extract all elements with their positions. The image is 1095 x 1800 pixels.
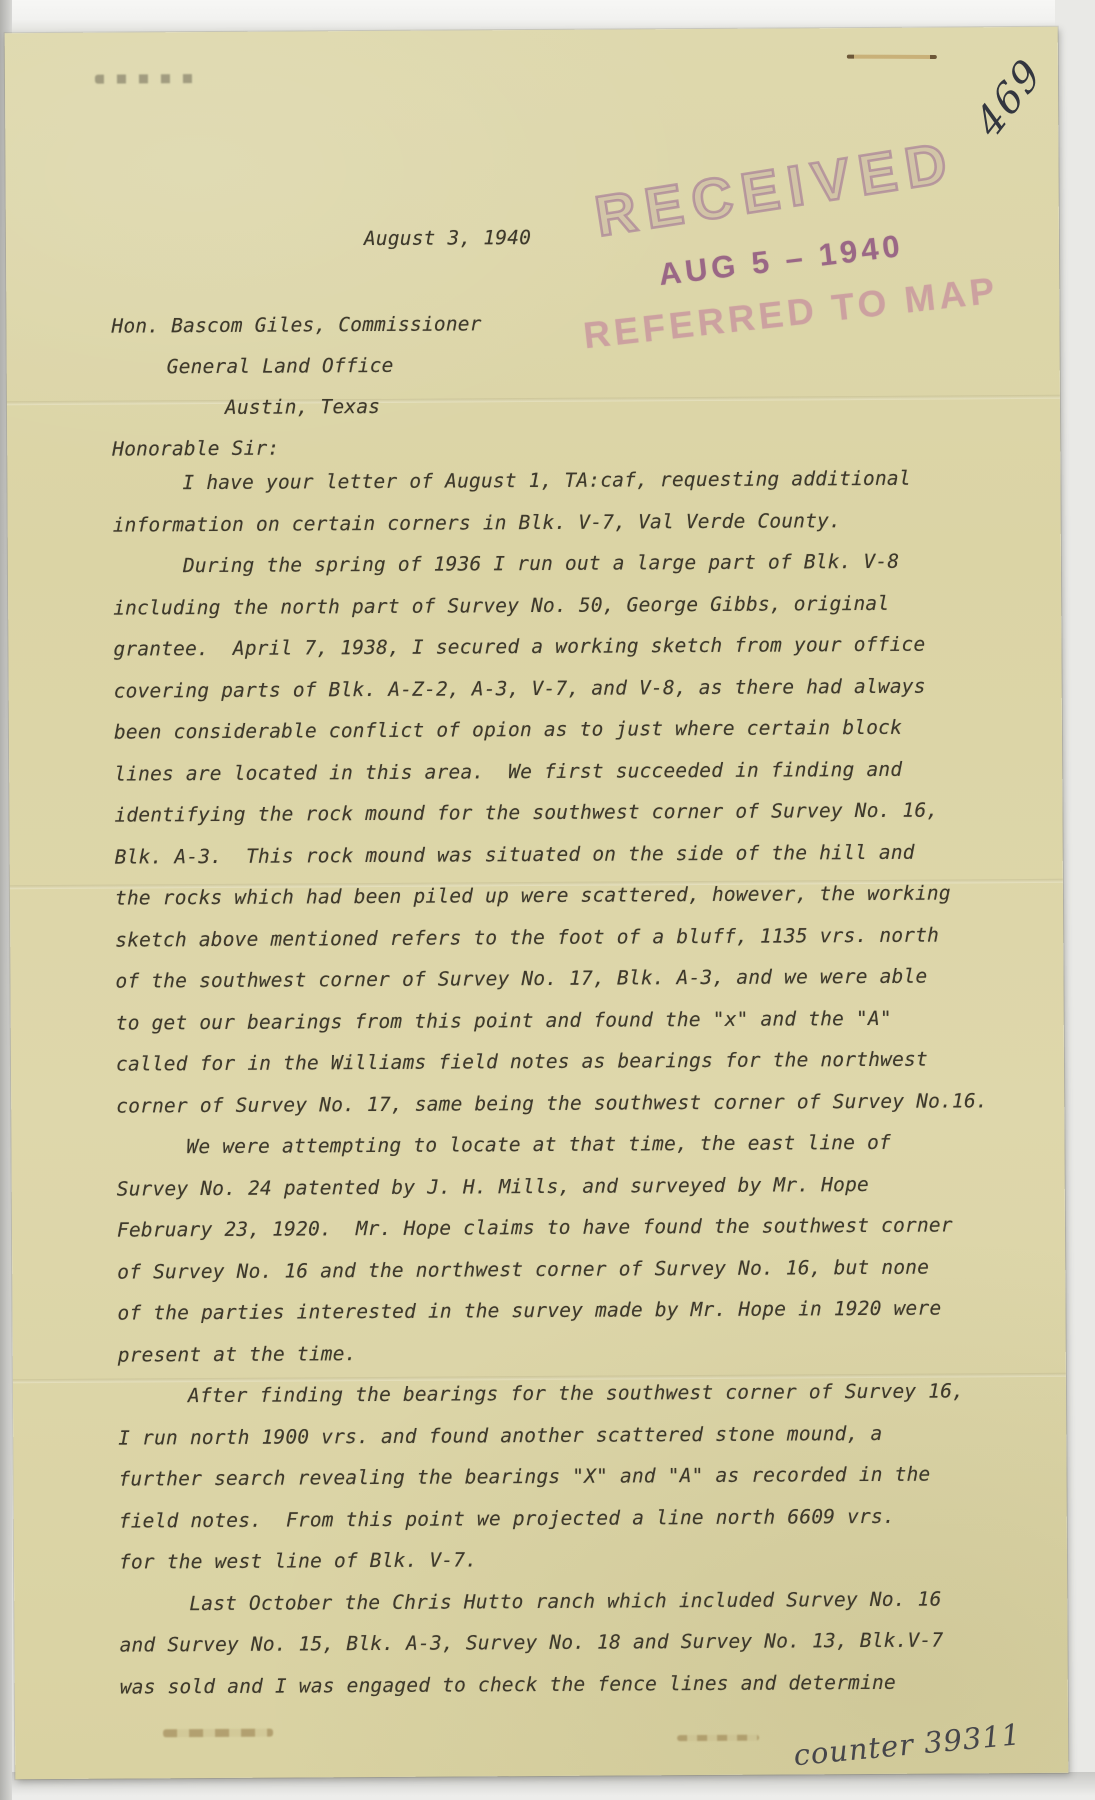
letter-line: Blk. A-3. This rock mound was situated o… <box>115 831 1025 878</box>
letter-line: called for in the Williams field notes a… <box>116 1038 1026 1085</box>
letter-line: grantee. April 7, 1938, I secured a work… <box>113 623 1023 670</box>
recipient-line: General Land Office <box>167 354 394 378</box>
letter-body: I have your letter of August 1, TA:caf, … <box>112 457 1030 1708</box>
fold-crease <box>7 395 1060 405</box>
letter-line: of Survey No. 16 and the northwest corne… <box>117 1246 1027 1293</box>
letter-line: been considerable conflict of opion as t… <box>114 706 1024 753</box>
letter-line: lines are located in this area. We first… <box>114 748 1024 795</box>
letter-line: the rocks which had been piled up were s… <box>115 872 1025 919</box>
letter-line: information on certain corners in Blk. V… <box>113 499 1023 546</box>
referred-to-map-stamp: REFERRED TO MAP <box>581 270 1000 358</box>
letter-line: for the west line of Blk. V-7. <box>119 1536 1029 1583</box>
letter-line: and Survey No. 15, Blk. A-3, Survey No. … <box>119 1619 1029 1666</box>
recipient-line: Hon. Bascom Giles, Commissioner <box>111 312 481 337</box>
stain-mark <box>163 1729 273 1738</box>
letter-line: covering parts of Blk. A-Z-2, A-3, V-7, … <box>114 665 1024 712</box>
letter-line: present at the time. <box>118 1329 1028 1376</box>
recipient-line: Austin, Texas <box>225 395 380 419</box>
letter-line: After finding the bearings for the south… <box>118 1370 1028 1417</box>
letter-line: sketch above mentioned refers to the foo… <box>115 914 1025 961</box>
letter-line: of the southwest corner of Survey No. 17… <box>115 955 1025 1002</box>
letter-line: including the north part of Survey No. 5… <box>113 582 1023 629</box>
letter-line: February 23, 1920. Mr. Hope claims to ha… <box>117 1204 1027 1251</box>
scanned-letter-page: RECEIVED AUG 5 – 1940 REFERRED TO MAP 46… <box>0 0 1095 1800</box>
staple-mark <box>847 55 937 59</box>
received-stamp: RECEIVED <box>591 129 960 250</box>
handwritten-counter-note: counter 39311 <box>792 1717 1022 1772</box>
letter-line: to get our bearings from this point and … <box>116 997 1026 1044</box>
letter-line: was sold and I was engaged to check the … <box>120 1661 1030 1708</box>
letter-line: identifying the rock mound for the south… <box>114 789 1024 836</box>
letter-salutation: Honorable Sir: <box>112 437 279 461</box>
letter-line: We were attempting to locate at that tim… <box>116 1121 1026 1168</box>
letter-line: field notes. From this point we projecte… <box>119 1495 1029 1542</box>
pencil-smudge <box>95 74 200 84</box>
letter-line: Survey No. 24 patented by J. H. Mills, a… <box>117 1163 1027 1210</box>
handwritten-page-number: 469 <box>967 50 1051 147</box>
letter-line: During the spring of 1936 I run out a la… <box>113 540 1023 587</box>
letter-line: Last October the Chris Hutto ranch which… <box>119 1578 1029 1625</box>
letter-line: I have your letter of August 1, TA:caf, … <box>112 457 1022 504</box>
letter-line: of the parties interested in the survey … <box>117 1287 1027 1334</box>
letter-line: further search revealing the bearings "X… <box>118 1453 1028 1500</box>
letter-date: August 3, 1940 <box>364 226 531 250</box>
letter-line: corner of Survey No. 17, same being the … <box>116 1080 1026 1127</box>
stain-mark <box>677 1735 759 1742</box>
letter-sheet: RECEIVED AUG 5 – 1940 REFERRED TO MAP 46… <box>5 27 1069 1779</box>
letter-line: I run north 1900 vrs. and found another … <box>118 1412 1028 1459</box>
